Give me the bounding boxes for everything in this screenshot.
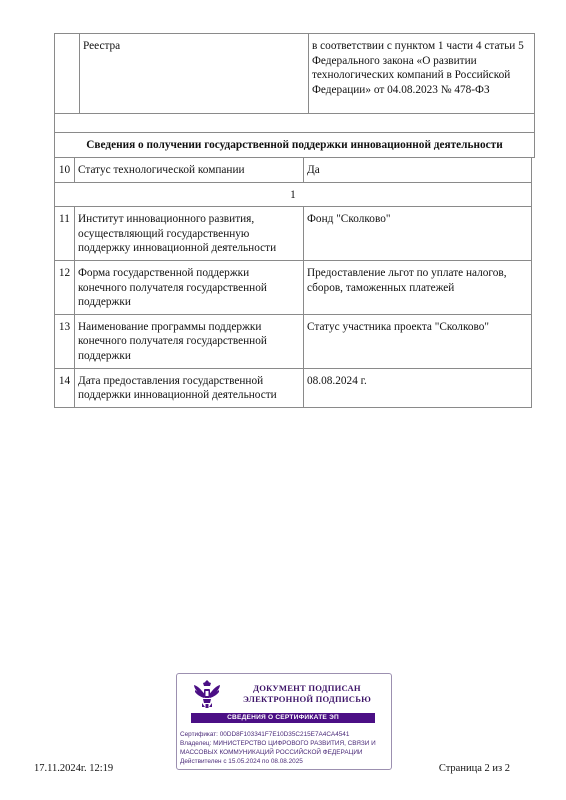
table-row: Реестра в соответствии с пунктом 1 части… (55, 34, 535, 114)
certificate-info-bar: СВЕДЕНИЯ О СЕРТИФИКАТЕ ЭП (191, 713, 375, 723)
certificate-validity: Действителен с 15.05.2024 по 08.08.2025 (180, 757, 390, 766)
certificate-details: Сертификат: 00DD8F103341F7E10D35C215E7A4… (180, 730, 390, 766)
row-number: 12 (55, 260, 75, 314)
certificate-number: Сертификат: 00DD8F103341F7E10D35C215E7A4… (180, 730, 390, 739)
row-value: Фонд "Сколково" (304, 207, 532, 261)
table-row: 11 Институт инновационного развития, осу… (55, 207, 532, 261)
table-row: 13 Наименование программы поддержки коне… (55, 314, 532, 368)
support-table: 10 Статус технологической компании Да 1 … (54, 157, 532, 408)
double-headed-eagle-icon (192, 677, 222, 709)
stamp-title: ДОКУМЕНТ ПОДПИСАН ЭЛЕКТРОННОЙ ПОДПИСЬЮ (232, 683, 382, 704)
table-row: 10 Статус технологической компании Да (55, 158, 532, 183)
row-number-cell (55, 34, 80, 114)
row-label: Дата предоставления государственной подд… (75, 368, 304, 407)
row-label: Наименование программы поддержки конечно… (75, 314, 304, 368)
print-datetime: 17.11.2024г. 12:19 (34, 763, 113, 774)
row-value: Да (304, 158, 532, 183)
section-title: Сведения о получении государственной под… (55, 133, 535, 158)
page-number: Страница 2 из 2 (439, 763, 510, 774)
row-value: в соответствии с пунктом 1 части 4 стать… (309, 34, 535, 114)
row-label: Статус технологической компании (75, 158, 304, 183)
group-number: 1 (55, 182, 532, 207)
row-label: Институт инновационного развития, осущес… (75, 207, 304, 261)
table-row: 12 Форма государственной поддержки конеч… (55, 260, 532, 314)
electronic-signature-stamp: ДОКУМЕНТ ПОДПИСАН ЭЛЕКТРОННОЙ ПОДПИСЬЮ С… (176, 673, 392, 770)
document-page: Реестра в соответствии с пунктом 1 части… (0, 0, 566, 800)
group-row: 1 (55, 182, 532, 207)
certificate-owner-line2: МАССОВЫХ КОММУНИКАЦИЙ РОССИЙСКОЙ ФЕДЕРАЦ… (180, 748, 390, 757)
empty-row (55, 114, 535, 133)
row-number: 10 (55, 158, 75, 183)
row-value: Предоставление льгот по уплате налогов, … (304, 260, 532, 314)
row-label: Форма государственной поддержки конечног… (75, 260, 304, 314)
row-value: 08.08.2024 г. (304, 368, 532, 407)
certificate-owner-line1: Владелец: МИНИСТЕРСТВО ЦИФРОВОГО РАЗВИТИ… (180, 739, 390, 748)
row-value: Статус участника проекта "Сколково" (304, 314, 532, 368)
registry-table: Реестра в соответствии с пунктом 1 части… (54, 33, 535, 158)
row-number: 14 (55, 368, 75, 407)
table-row: 14 Дата предоставления государственной п… (55, 368, 532, 407)
section-header-row: Сведения о получении государственной под… (55, 133, 535, 158)
row-number: 13 (55, 314, 75, 368)
row-number: 11 (55, 207, 75, 261)
row-label: Реестра (80, 34, 309, 114)
